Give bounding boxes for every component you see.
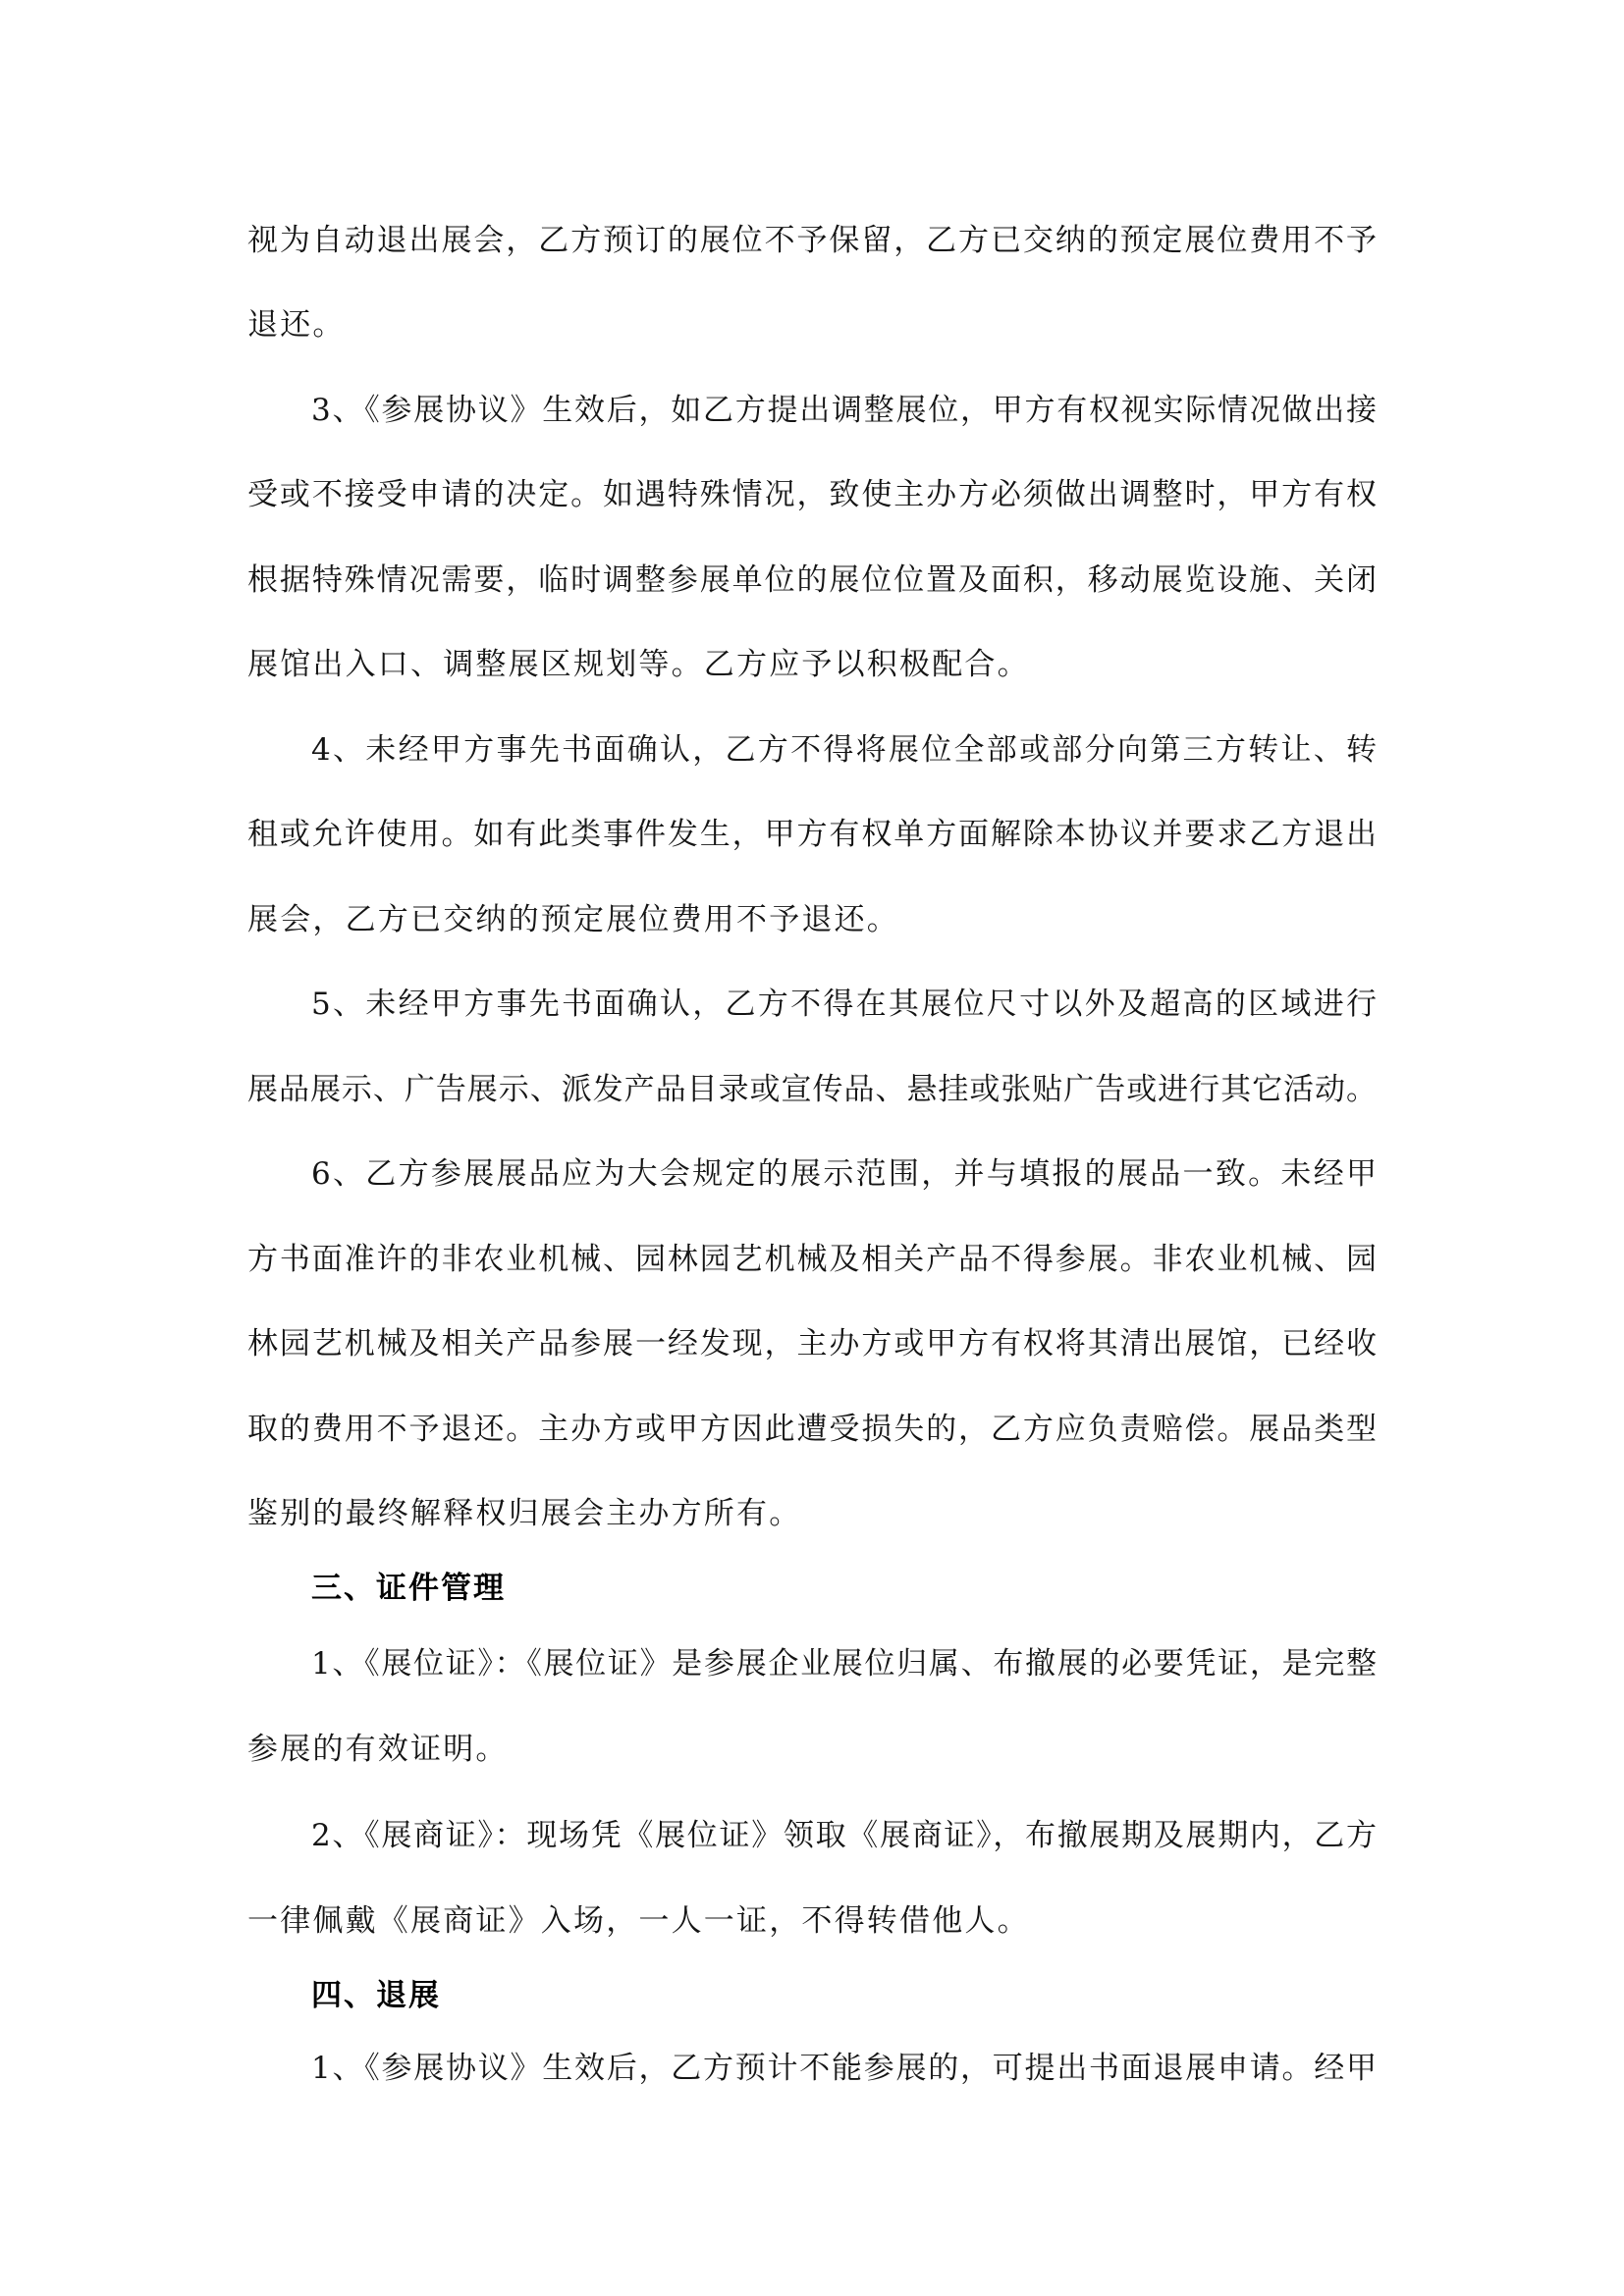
- paragraph-line: 展馆出入口、调整展区规划等。乙方应予以积极配合。: [247, 645, 1377, 684]
- document-page: 视为自动退出展会，乙方预订的展位不予保留，乙方已交纳的预定展位费用不予 退还。 …: [0, 0, 1624, 2296]
- paragraph-line: 租或允许使用。如有此类事件发生，甲方有权单方面解除本协议并要求乙方退出: [247, 815, 1377, 854]
- paragraph-line: 一律佩戴《展商证》入场，一人一证，不得转借他人。: [247, 1901, 1377, 1941]
- paragraph-line: 林园艺机械及相关产品参展一经发现，主办方或甲方有权将其清出展馆，已经收: [247, 1324, 1377, 1363]
- paragraph-line: 鉴别的最终解释权归展会主办方所有。: [247, 1494, 1377, 1533]
- paragraph-line: 视为自动退出展会，乙方预订的展位不予保留，乙方已交纳的预定展位费用不予: [247, 221, 1377, 260]
- paragraph-line: 2、《展商证》：现场凭《展位证》领取《展商证》，布撤展期及展期内，乙方: [311, 1816, 1377, 1855]
- paragraph-line: 展品展示、广告展示、派发产品目录或宣传品、悬挂或张贴广告或进行其它活动。: [247, 1070, 1377, 1109]
- paragraph-line: 退还。: [247, 305, 1377, 345]
- paragraph-line: 方书面准许的非农业机械、园林园艺机械及相关产品不得参展。非农业机械、园: [247, 1240, 1377, 1279]
- paragraph-line: 根据特殊情况需要，临时调整参展单位的展位位置及面积，移动展览设施、关闭: [247, 561, 1377, 600]
- paragraph-line: 取的费用不予退还。主办方或甲方因此遭受损失的，乙方应负责赔偿。展品类型: [247, 1410, 1377, 1449]
- paragraph-line: 1、《展位证》：《展位证》是参展企业展位归属、布撤展的必要凭证，是完整: [311, 1644, 1377, 1683]
- paragraph-line: 6、乙方参展展品应为大会规定的展示范围，并与填报的展品一致。未经甲: [311, 1154, 1377, 1194]
- paragraph-line: 4、未经甲方事先书面确认，乙方不得将展位全部或部分向第三方转让、转: [311, 730, 1377, 770]
- section-heading: 四、退展: [311, 1976, 441, 2015]
- paragraph-line: 展会，乙方已交纳的预定展位费用不予退还。: [247, 900, 1377, 939]
- paragraph-line: 3、《参展协议》生效后，如乙方提出调整展位，甲方有权视实际情况做出接: [311, 391, 1377, 430]
- section-heading: 三、证件管理: [311, 1569, 506, 1608]
- paragraph-line: 5、未经甲方事先书面确认，乙方不得在其展位尺寸以外及超高的区域进行: [311, 985, 1377, 1024]
- paragraph-line: 受或不接受申请的决定。如遇特殊情况，致使主办方必须做出调整时，甲方有权: [247, 475, 1377, 514]
- paragraph-line: 1、《参展协议》生效后，乙方预计不能参展的，可提出书面退展申请。经甲: [311, 2049, 1377, 2088]
- paragraph-line: 参展的有效证明。: [247, 1730, 1377, 1769]
